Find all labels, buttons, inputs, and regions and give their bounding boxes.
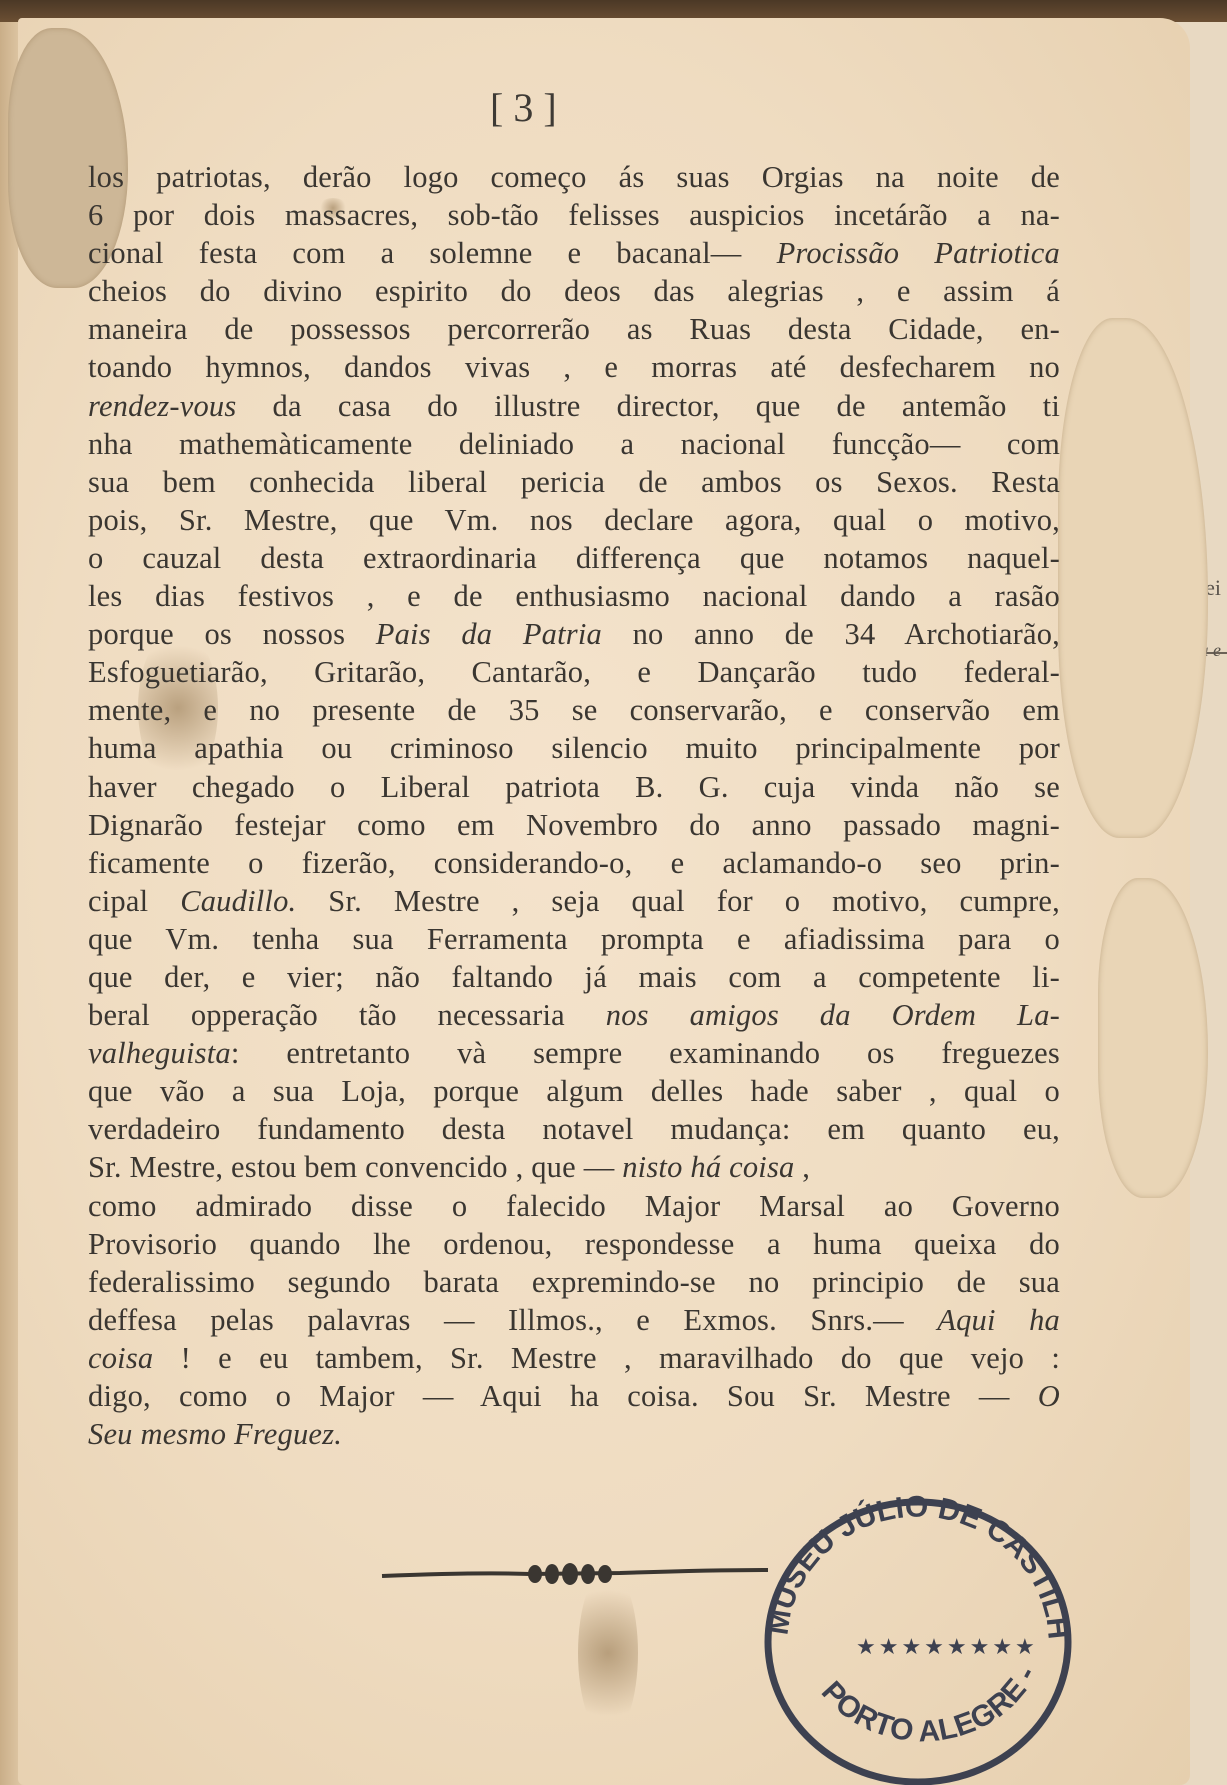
emphasis-text: Seu mesmo Freguez.	[88, 1417, 342, 1451]
text-line: Seu mesmo Freguez.	[88, 1415, 1068, 1453]
text-line-content: nha mathemàticamente deliniado a naciona…	[88, 425, 1060, 463]
text-line: Provisorio quando lhe ordenou, respondes…	[88, 1225, 1068, 1263]
text-line-content: huma apathia ou criminoso silencio muito…	[88, 729, 1060, 767]
document-body: los patriotas, derão logo começo ás suas…	[88, 158, 1068, 1453]
text-line: coisa ! e eu tambem, Sr. Mestre , maravi…	[88, 1339, 1068, 1377]
text-line-content: ficamente o fizerão, considerando-o, e a…	[88, 844, 1060, 882]
emphasis-text: maneira de possessos percorrerão as Ruas…	[88, 312, 1060, 346]
text-line: cional festa com a solemne e bacanal— Pr…	[88, 234, 1068, 272]
text-line-content: sua bem conhecida liberal pericia de amb…	[88, 463, 1060, 501]
emphasis-text: Provisorio quando lhe ordenou, respondes…	[88, 1227, 1060, 1261]
text-line-content: verdadeiro fundamento desta notavel muda…	[88, 1110, 1060, 1148]
ornament-divider-icon	[380, 1560, 770, 1588]
text-line: ficamente o fizerão, considerando-o, e a…	[88, 844, 1068, 882]
text-line-content: toando hymnos, dandos vivas , e morras a…	[88, 348, 1060, 386]
text-line-content: Dignarão festejar como em Novembro do an…	[88, 806, 1060, 844]
emphasis-text: como admirado disse o falecido Major Mar…	[88, 1189, 1060, 1223]
plain-text: deffesa pelas palavras — Illmos., e Exmo…	[88, 1303, 937, 1337]
text-line: deffesa pelas palavras — Illmos., e Exmo…	[88, 1301, 1068, 1339]
emphasis-text: nos amigos da Ordem La-	[606, 998, 1060, 1032]
emphasis-text: que der, e vier; não faltando já mais co…	[88, 960, 1060, 994]
text-line-content: o cauzal desta extraordinaria differença…	[88, 539, 1060, 577]
text-line: mente, e no presente de 35 se conservarã…	[88, 691, 1068, 729]
emphasis-text: cheios do divino espirito do deos das al…	[88, 274, 1060, 308]
text-line-content: que Vm. tenha sua Ferramenta prompta e a…	[88, 920, 1060, 958]
emphasis-text: Pais da Patria	[376, 617, 602, 651]
emphasis-text: Caudillo.	[180, 884, 296, 918]
plain-text: Sr. Mestre , seja qual for o motivo, cum…	[296, 884, 1060, 918]
emphasis-text: sua bem conhecida liberal pericia de amb…	[88, 465, 1060, 499]
emphasis-text: toando hymnos, dandos vivas , e morras a…	[88, 350, 1060, 384]
text-line: Esfoguetiarão, Gritarão, Cantarão, e Dan…	[88, 653, 1068, 691]
text-line: rendez-vous da casa do illustre director…	[88, 387, 1068, 425]
text-line-content: cheios do divino espirito do deos das al…	[88, 272, 1060, 310]
plain-text: beral opperação tão necessaria	[88, 998, 606, 1032]
text-line: porque os nossos Pais da Patria no anno …	[88, 615, 1068, 653]
text-line: verdadeiro fundamento desta notavel muda…	[88, 1110, 1068, 1148]
text-line-content: pois, Sr. Mestre, que Vm. nos declare ag…	[88, 501, 1060, 539]
text-line-content: como admirado disse o falecido Major Mar…	[88, 1187, 1060, 1225]
text-line: sua bem conhecida liberal pericia de amb…	[88, 463, 1068, 501]
text-line: Dignarão festejar como em Novembro do an…	[88, 806, 1068, 844]
emphasis-text: huma apathia ou criminoso silencio muito…	[88, 731, 1060, 765]
emphasis-text: pois, Sr. Mestre, que Vm. nos declare ag…	[88, 503, 1060, 537]
water-stain	[578, 1568, 638, 1738]
emphasis-text: o cauzal desta extraordinaria differença…	[88, 541, 1060, 575]
text-line: nha mathemàticamente deliniado a naciona…	[88, 425, 1068, 463]
text-line-content: Provisorio quando lhe ordenou, respondes…	[88, 1225, 1060, 1263]
text-line: maneira de possessos percorrerão as Ruas…	[88, 310, 1068, 348]
text-line: huma apathia ou criminoso silencio muito…	[88, 729, 1068, 767]
text-line: los patriotas, derão logo começo ás suas…	[88, 158, 1068, 196]
torn-edge	[1058, 318, 1208, 838]
plain-text: Sr. Mestre, estou bem convencido , que —	[88, 1150, 622, 1184]
emphasis-text: 6 por dois massacres, sob-tão felisses a…	[88, 198, 1060, 232]
emphasis-text: rendez-vous	[88, 389, 236, 423]
text-line-content: digo, como o Major — Aqui ha coisa. Sou …	[88, 1377, 1060, 1415]
text-line: pois, Sr. Mestre, que Vm. nos declare ag…	[88, 501, 1068, 539]
text-line: que der, e vier; não faltando já mais co…	[88, 958, 1068, 996]
text-line: federalissimo segundo barata expremindo-…	[88, 1263, 1068, 1301]
text-line-content: mente, e no presente de 35 se conservarã…	[88, 691, 1060, 729]
text-line: cipal Caudillo. Sr. Mestre , seja qual f…	[88, 882, 1068, 920]
text-line-content: Esfoguetiarão, Gritarão, Cantarão, e Dan…	[88, 653, 1060, 691]
text-line-content: Sr. Mestre, estou bem convencido , que —…	[88, 1148, 810, 1186]
emphasis-text: que Vm. tenha sua Ferramenta prompta e a…	[88, 922, 1060, 956]
text-line-content: maneira de possessos percorrerão as Ruas…	[88, 310, 1060, 348]
text-line-content: cional festa com a solemne e bacanal— Pr…	[88, 234, 1060, 272]
emphasis-text: valheguista	[88, 1036, 231, 1070]
emphasis-text: nisto há coisa	[622, 1150, 794, 1184]
plain-text: : entretanto và sempre examinando os fre…	[231, 1036, 1060, 1070]
text-line-content: cipal Caudillo. Sr. Mestre , seja qual f…	[88, 882, 1060, 920]
emphasis-text: federalissimo segundo barata expremindo-…	[88, 1265, 1060, 1299]
emphasis-text: que vão a sua Loja, porque algum delles …	[88, 1074, 1060, 1108]
text-line: valheguista: entretanto và sempre examin…	[88, 1034, 1068, 1072]
text-line-content: los patriotas, derão logo começo ás suas…	[88, 158, 1060, 196]
text-line: cheios do divino espirito do deos das al…	[88, 272, 1068, 310]
text-line: les dias festivos , e de enthusiasmo nac…	[88, 577, 1068, 615]
emphasis-text: ficamente o fizerão, considerando-o, e a…	[88, 846, 1060, 880]
text-line-content: valheguista: entretanto và sempre examin…	[88, 1034, 1060, 1072]
text-line: o cauzal desta extraordinaria differença…	[88, 539, 1068, 577]
emphasis-text: verdadeiro fundamento desta notavel muda…	[88, 1112, 1060, 1146]
emphasis-text: nha mathemàticamente deliniado a naciona…	[88, 427, 1060, 461]
plain-text: cional festa com a solemne e bacanal—	[88, 236, 777, 270]
emphasis-text: mente, e no presente de 35 se conservarã…	[88, 693, 1060, 727]
plain-text: no anno de 34 Archotiarão,	[602, 617, 1060, 651]
emphasis-text: coisa	[88, 1341, 153, 1375]
plain-text: ! e eu tambem, Sr. Mestre , maravilhado …	[153, 1341, 1060, 1375]
stamp-top-text: MUSEU JÚLIO DE CASTILHOS	[748, 1482, 1075, 1641]
text-line-content: federalissimo segundo barata expremindo-…	[88, 1263, 1060, 1301]
museum-stamp: MUSEU JÚLIO DE CASTILHOS ★★★★★★★★ PORTO …	[748, 1482, 1088, 1785]
text-line: digo, como o Major — Aqui ha coisa. Sou …	[88, 1377, 1068, 1415]
emphasis-text: Dignarão festejar como em Novembro do an…	[88, 808, 1060, 842]
text-line: 6 por dois massacres, sob-tão felisses a…	[88, 196, 1068, 234]
text-line: que vão a sua Loja, porque algum delles …	[88, 1072, 1068, 1110]
text-line-content: 6 por dois massacres, sob-tão felisses a…	[88, 196, 1060, 234]
text-line-content: porque os nossos Pais da Patria no anno …	[88, 615, 1060, 653]
text-line-content: Seu mesmo Freguez.	[88, 1415, 342, 1453]
text-line-content: que der, e vier; não faltando já mais co…	[88, 958, 1060, 996]
text-line-content: deffesa pelas palavras — Illmos., e Exmo…	[88, 1301, 1060, 1339]
emphasis-text: Procissão Patriotica	[777, 236, 1060, 270]
text-line: haver chegado o Liberal patriota B. G. c…	[88, 768, 1068, 806]
plain-text: digo, como o Major — Aqui ha coisa. Sou …	[88, 1379, 1038, 1413]
plain-text: porque os nossos	[88, 617, 376, 651]
plain-text: cipal	[88, 884, 180, 918]
page-number: [3]	[490, 84, 567, 131]
text-line-content: les dias festivos , e de enthusiasmo nac…	[88, 577, 1060, 615]
emphasis-text: haver chegado o Liberal patriota B. G. c…	[88, 770, 1060, 804]
text-line: toando hymnos, dandos vivas , e morras a…	[88, 348, 1068, 386]
text-line-content: haver chegado o Liberal patriota B. G. c…	[88, 768, 1060, 806]
text-line-content: beral opperação tão necessaria nos amigo…	[88, 996, 1060, 1034]
text-line: como admirado disse o falecido Major Mar…	[88, 1187, 1068, 1225]
plain-text: da casa do illustre director, que de ant…	[236, 389, 1060, 423]
text-line-content: rendez-vous da casa do illustre director…	[88, 387, 1060, 425]
emphasis-text: Aqui ha	[937, 1303, 1060, 1337]
emphasis-text: O	[1038, 1379, 1060, 1413]
text-line-content: coisa ! e eu tambem, Sr. Mestre , maravi…	[88, 1339, 1060, 1377]
plain-text: ,	[794, 1150, 810, 1184]
stamp-stars: ★★★★★★★★	[856, 1634, 1038, 1659]
emphasis-text: les dias festivos , e de enthusiasmo nac…	[88, 579, 1060, 613]
text-line: Sr. Mestre, estou bem convencido , que —…	[88, 1148, 1068, 1186]
text-line-content: que vão a sua Loja, porque algum delles …	[88, 1072, 1060, 1110]
text-line: beral opperação tão necessaria nos amigo…	[88, 996, 1068, 1034]
emphasis-text: los patriotas, derão logo começo ás suas…	[88, 160, 1060, 194]
emphasis-text: Esfoguetiarão, Gritarão, Cantarão, e Dan…	[88, 655, 1060, 689]
text-line: que Vm. tenha sua Ferramenta prompta e a…	[88, 920, 1068, 958]
